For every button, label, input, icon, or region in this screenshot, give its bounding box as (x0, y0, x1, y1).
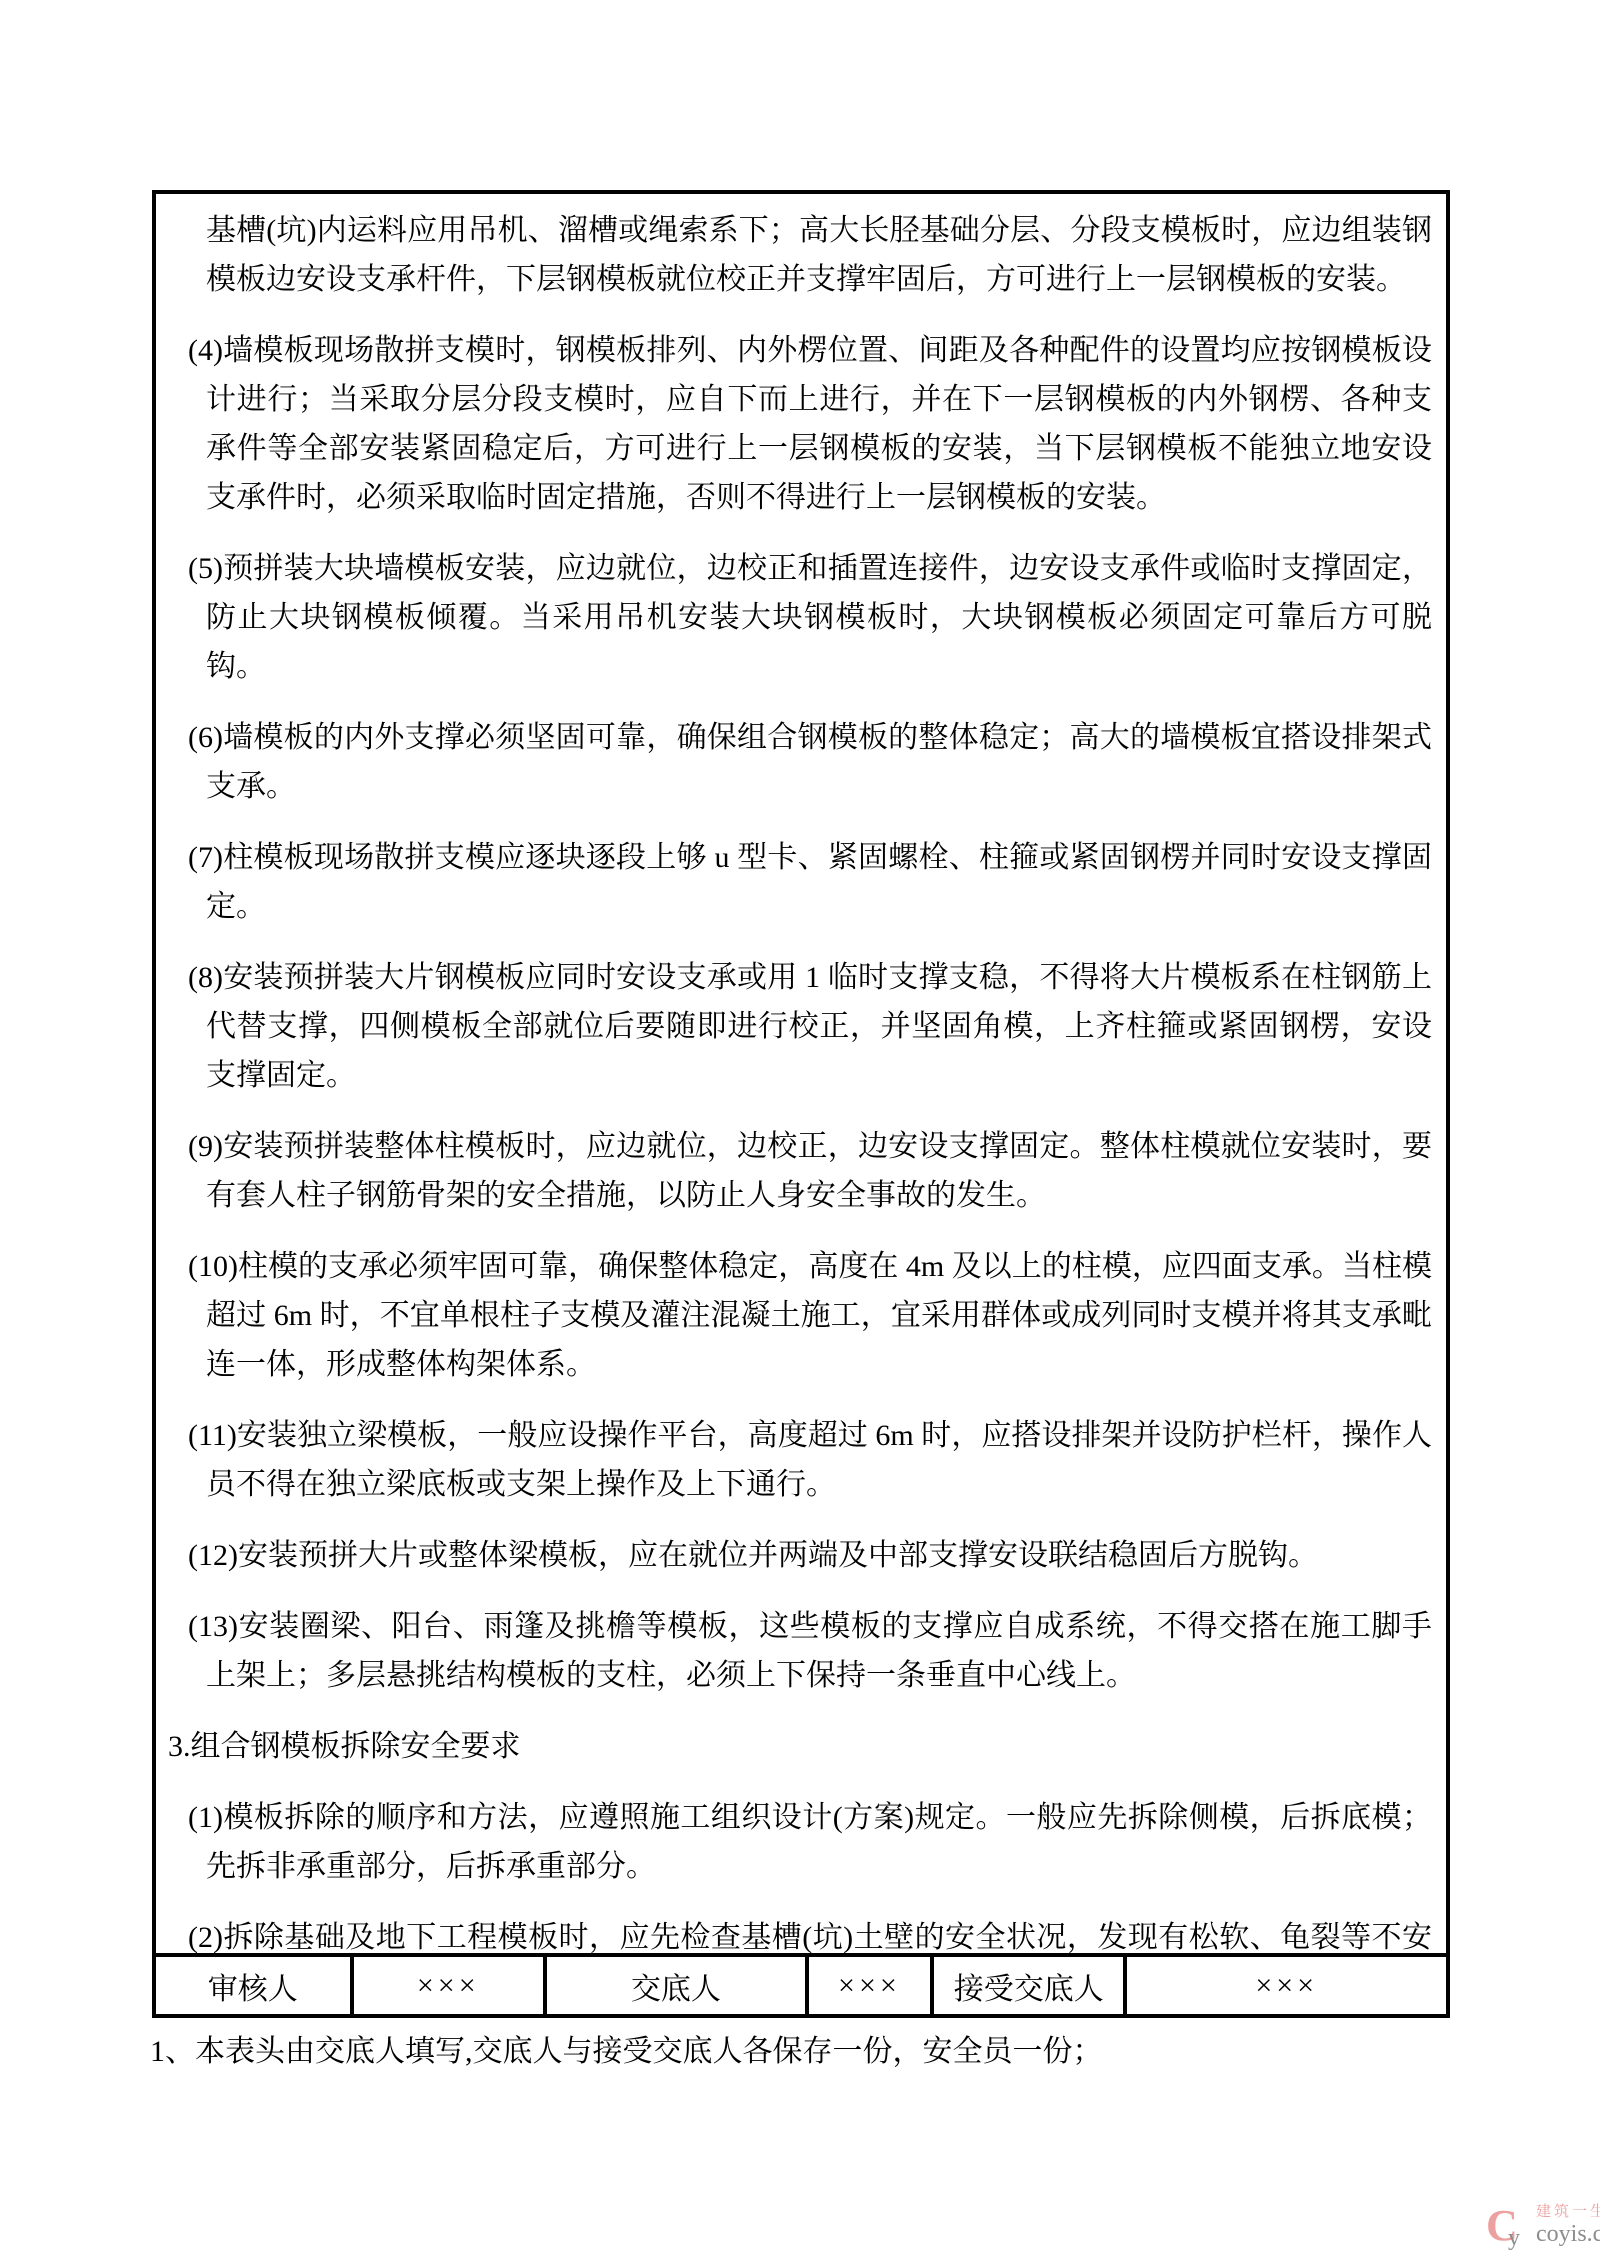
paragraph-item-10: (10)柱模的支承必须牢固可靠，确保整体稳定，高度在 4m 及以上的柱模，应四面… (156, 1242, 1432, 1389)
signature-cell-reviewer-value: ××× (350, 1957, 544, 2014)
watermark: C y 建筑一生 coyis.com (1486, 2204, 1600, 2254)
document-border-box: 基槽(坑)内运料应用吊机、溜槽或绳索系下；高大长胫基础分层、分段支模板时，应边组… (152, 190, 1450, 2018)
paragraph-item-13: (13)安装圈梁、阳台、雨篷及挑檐等模板，这些模板的支撑应自成系统，不得交搭在施… (156, 1602, 1432, 1700)
paragraph-item-12: (12)安装预拼大片或整体梁模板，应在就位并两端及中部支撑安设联结稳固后方脱钩。 (156, 1531, 1432, 1580)
paragraph-removal-2: (2)拆除基础及地下工程模板时，应先检查基槽(坑)土壁的安全状况，发现有松软、龟… (156, 1913, 1432, 1953)
section-heading-removal-requirements: 3.组合钢模板拆除安全要求 (156, 1722, 1432, 1771)
document-page: 基槽(坑)内运料应用吊机、溜槽或绳索系下；高大长胫基础分层、分段支模板时，应边组… (0, 0, 1600, 2262)
footnote: 1、本表头由交底人填写,交底人与接受交底人各保存一份，安全员一份； (150, 2030, 1450, 2074)
signature-cell-discloser-label: 交底人 (543, 1957, 805, 2014)
paragraph-item-7: (7)柱模板现场散拼支模应逐块逐段上够 u 型卡、紧固螺栓、柱箍或紧固钢楞并同时… (156, 833, 1432, 931)
paragraph-continuation: 基槽(坑)内运料应用吊机、溜槽或绳索系下；高大长胫基础分层、分段支模板时，应边组… (156, 206, 1432, 304)
watermark-text: 建筑一生 coyis.com (1536, 2204, 1600, 2247)
paragraph-item-8: (8)安装预拼装大片钢模板应同时安设支承或用 1 临时支撑支稳，不得将大片模板系… (156, 953, 1432, 1100)
signature-table: 审核人 ××× 交底人 ××× 接受交底人 ××× (156, 1953, 1446, 2014)
paragraph-item-5: (5)预拼装大块墙模板安装，应边就位，边校正和插置连接件，边安设支承件或临时支撑… (156, 544, 1432, 691)
paragraph-item-11: (11)安装独立梁模板，一般应设操作平台，高度超过 6m 时，应搭设排架并设防护… (156, 1411, 1432, 1509)
watermark-brand-name: 建筑一生 (1536, 2204, 1600, 2221)
watermark-site-url: coyis.com (1536, 2221, 1600, 2247)
signature-cell-reviewer-label: 审核人 (156, 1957, 350, 2014)
signature-cell-discloser-value: ××× (805, 1957, 930, 2014)
paragraph-item-9: (9)安装预拼装整体柱模板时，应边就位，边校正，边安设支撑固定。整体柱模就位安装… (156, 1122, 1432, 1220)
signature-cell-receiver-value: ××× (1123, 1957, 1446, 2014)
signature-cell-receiver-label: 接受交底人 (930, 1957, 1124, 2014)
paragraph-removal-1: (1)模板拆除的顺序和方法，应遵照施工组织设计(方案)规定。一般应先拆除侧模，后… (156, 1793, 1432, 1891)
paragraph-item-6: (6)墙模板的内外支撑必须坚固可靠，确保组合钢模板的整体稳定；高大的墙模板宜搭设… (156, 713, 1432, 811)
watermark-logo-icon: C y (1486, 2204, 1530, 2254)
document-content: 基槽(坑)内运料应用吊机、溜槽或绳索系下；高大长胫基础分层、分段支模板时，应边组… (156, 194, 1446, 1953)
watermark-logo-letter-y: y (1508, 2226, 1520, 2250)
paragraph-item-4: (4)墙模板现场散拼支模时，钢模板排列、内外楞位置、间距及各种配件的设置均应按钢… (156, 326, 1432, 522)
